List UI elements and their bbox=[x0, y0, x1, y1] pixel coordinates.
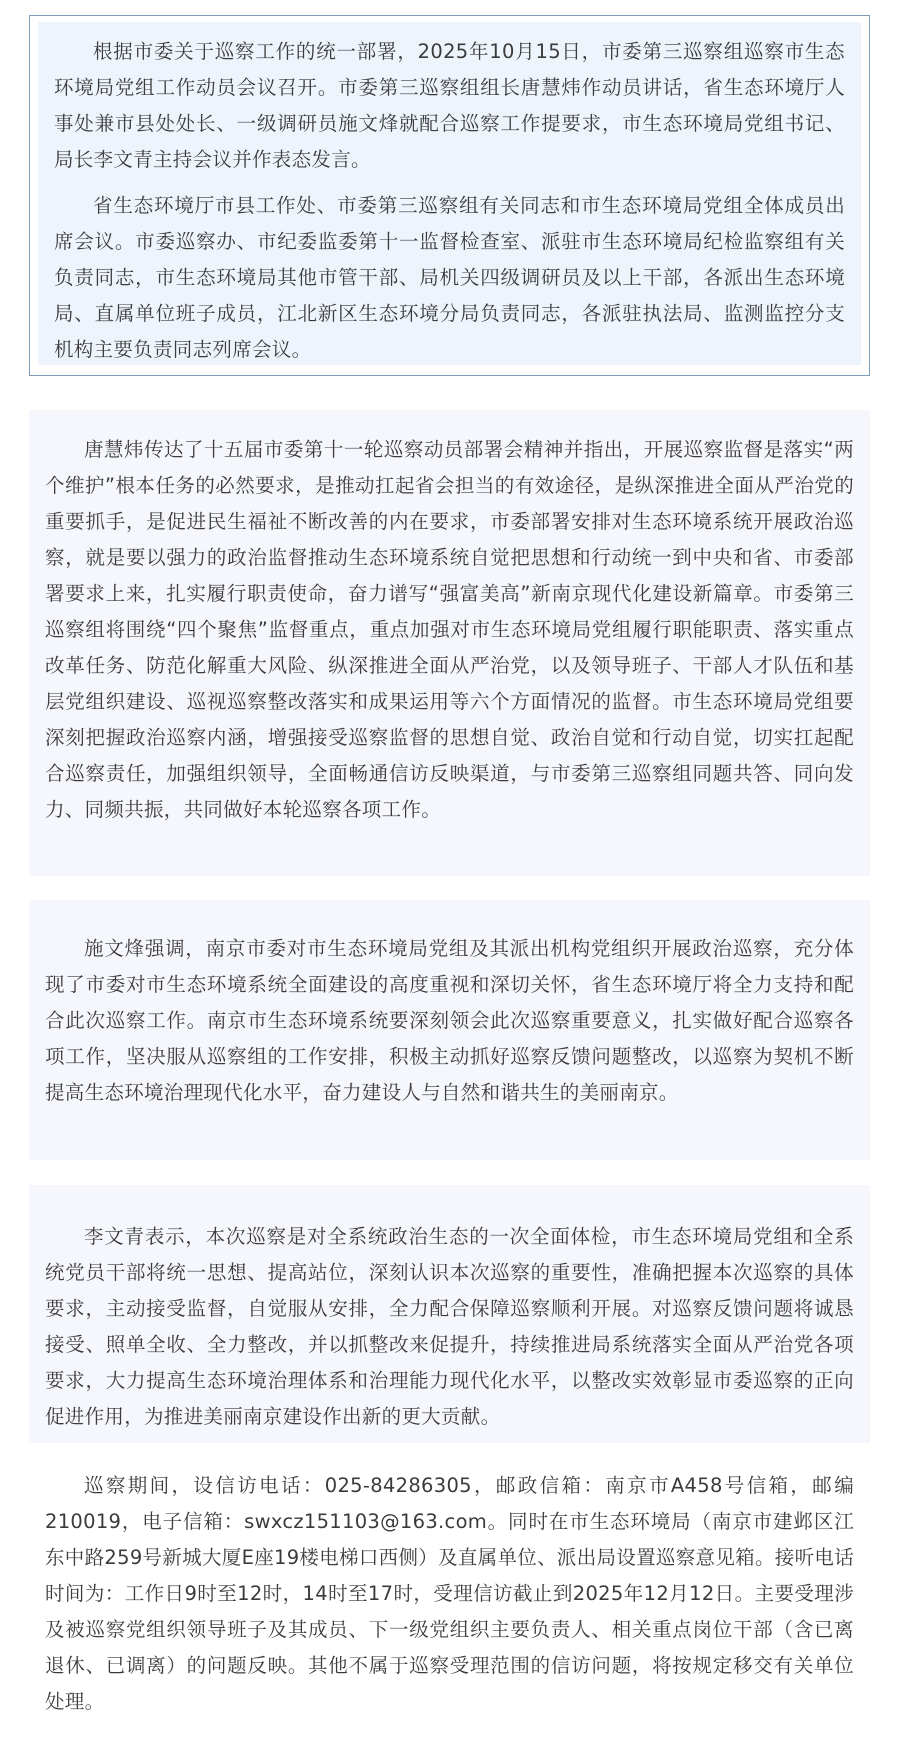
contact-notice: 巡察期间，设信访电话：025-84286305，邮政信箱：南京市A458号信箱，… bbox=[29, 1460, 870, 1763]
section-paragraph: 李文青表示，本次巡察是对全系统政治生态的一次全面体检，市生态环境局党组和全系统党… bbox=[45, 1185, 854, 1435]
section-li-wenqing: 李文青表示，本次巡察是对全系统政治生态的一次全面体检，市生态环境局党组和全系统党… bbox=[29, 1185, 870, 1443]
article-page: 根据市委关于巡察工作的统一部署，2025年10月15日，市委第三巡察组巡察市生态… bbox=[0, 0, 898, 1763]
intro-text: 根据市委关于巡察工作的统一部署，2025年10月15日，市委第三巡察组巡察市生态… bbox=[54, 34, 845, 368]
section-shi-wenfeng: 施文烽强调，南京市委对市生态环境局党组及其派出机构党组织开展政治巡察，充分体现了… bbox=[29, 900, 870, 1160]
intro-paragraph-meeting: 根据市委关于巡察工作的统一部署，2025年10月15日，市委第三巡察组巡察市生态… bbox=[54, 34, 845, 178]
section-paragraph: 唐慧炜传达了十五届市委第十一轮巡察动员部署会精神并指出，开展巡察监督是落实“两个… bbox=[45, 410, 854, 828]
intro-inner-panel: 根据市委关于巡察工作的统一部署，2025年10月15日，市委第三巡察组巡察市生态… bbox=[38, 22, 861, 365]
section-tang-huiwei: 唐慧炜传达了十五届市委第十一轮巡察动员部署会精神并指出，开展巡察监督是落实“两个… bbox=[29, 410, 870, 876]
section-paragraph: 施文烽强调，南京市委对市生态环境局党组及其派出机构党组织开展政治巡察，充分体现了… bbox=[45, 900, 854, 1111]
intro-box: 根据市委关于巡察工作的统一部署，2025年10月15日，市委第三巡察组巡察市生态… bbox=[29, 15, 870, 376]
contact-notice-paragraph: 巡察期间，设信访电话：025-84286305，邮政信箱：南京市A458号信箱，… bbox=[45, 1460, 854, 1720]
intro-paragraph-attendees: 省生态环境厅市县工作处、市委第三巡察组有关同志和市生态环境局党组全体成员出席会议… bbox=[54, 188, 845, 368]
